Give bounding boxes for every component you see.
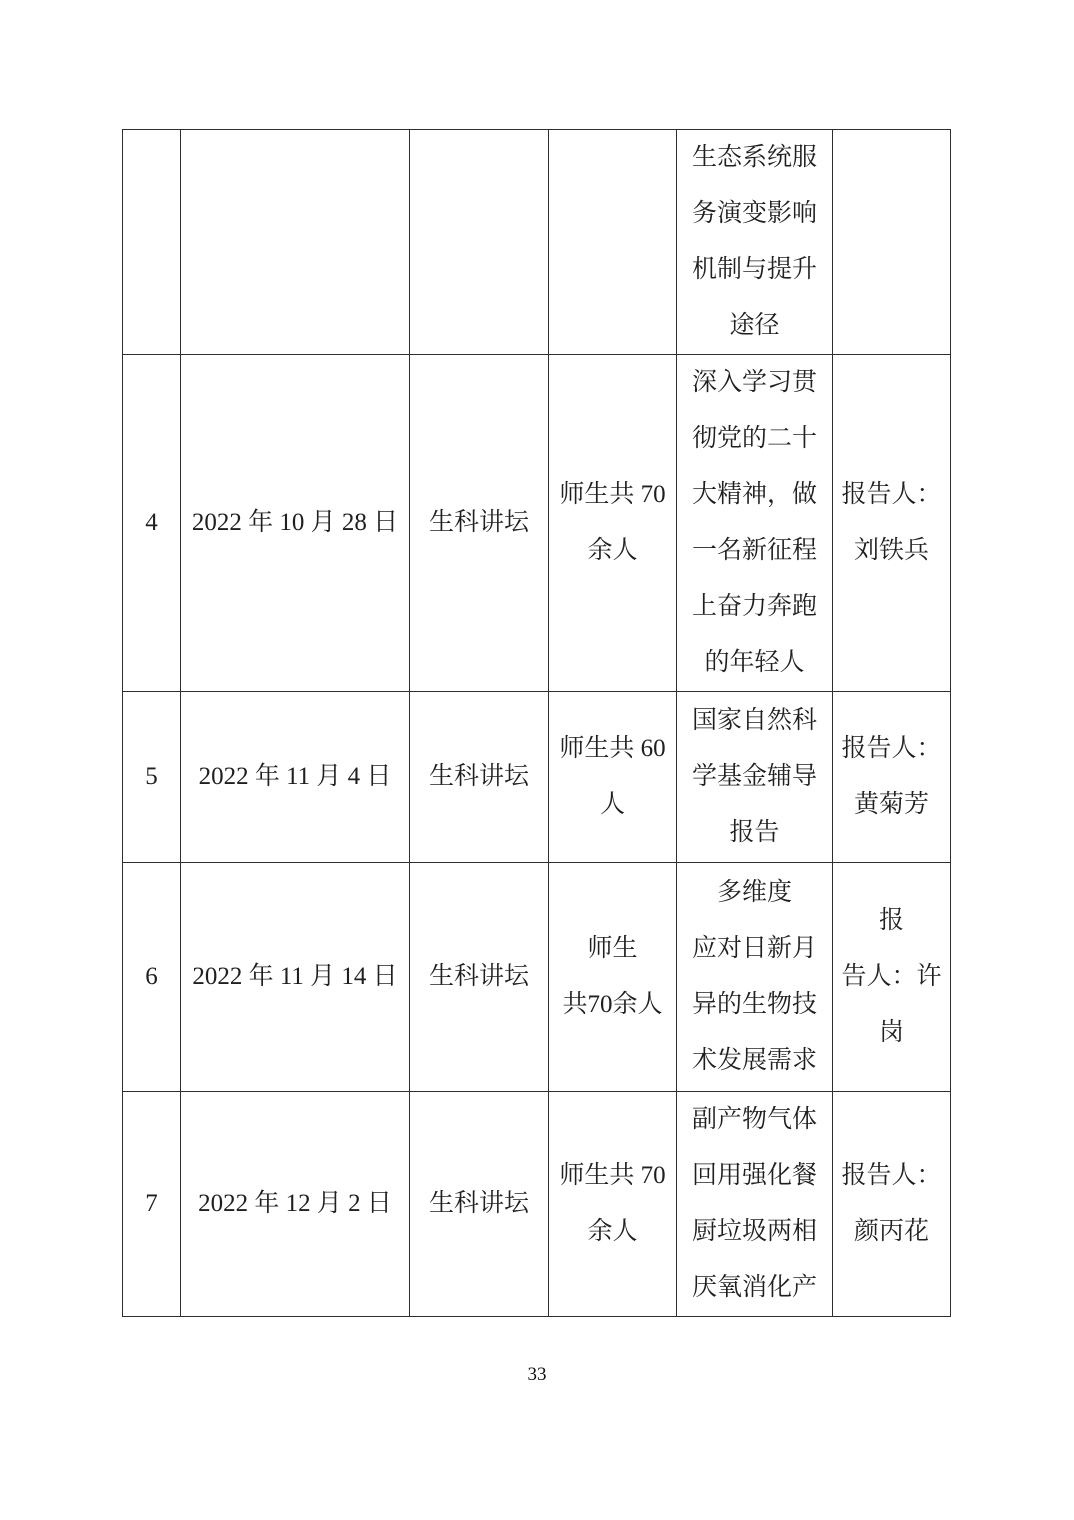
cell-attendance: 师生 共70余人 <box>549 863 677 1092</box>
cell-topic: 多维度 应对日新月 异的生物技 术发展需求 <box>677 863 833 1092</box>
cell-topic: 国家自然科 学基金辅导 报告 <box>677 692 833 863</box>
cell-attendance: 师生共 70 余人 <box>549 355 677 692</box>
cell-speaker <box>833 130 951 355</box>
events-table: 生态系统服 务演变影响 机制与提升 途径 4 2022 年 10 月 28 日 … <box>122 129 951 1317</box>
table-row-5: 5 2022 年 11 月 4 日 生科讲坛 师生共 60 人 国家自然科 学基… <box>123 692 951 863</box>
cell-topic: 深入学习贯 彻党的二十 大精神，做 一名新征程 上奋力奔跑 的年轻人 <box>677 355 833 692</box>
cell-speaker: 报告人： 颜丙花 <box>833 1092 951 1317</box>
cell-date: 2022 年 10 月 28 日 <box>181 355 410 692</box>
cell-event: 生科讲坛 <box>410 1092 549 1317</box>
cell-date <box>181 130 410 355</box>
cell-date: 2022 年 11 月 4 日 <box>181 692 410 863</box>
cell-event <box>410 130 549 355</box>
cell-speaker: 报 告人：许 岗 <box>833 863 951 1092</box>
document-page: 生态系统服 务演变影响 机制与提升 途径 4 2022 年 10 月 28 日 … <box>0 0 1074 1520</box>
cell-number: 7 <box>123 1092 181 1317</box>
page-number: 33 <box>0 1362 1074 1388</box>
cell-speaker: 报告人： 刘铁兵 <box>833 355 951 692</box>
cell-speaker: 报告人： 黄菊芳 <box>833 692 951 863</box>
cell-event: 生科讲坛 <box>410 863 549 1092</box>
cell-attendance: 师生共 60 人 <box>549 692 677 863</box>
cell-topic: 副产物气体 回用强化餐 厨垃圾两相 厌氧消化产 <box>677 1092 833 1317</box>
table-row-4: 4 2022 年 10 月 28 日 生科讲坛 师生共 70 余人 深入学习贯 … <box>123 355 951 692</box>
table-row-continued: 生态系统服 务演变影响 机制与提升 途径 <box>123 130 951 355</box>
cell-number <box>123 130 181 355</box>
cell-number: 6 <box>123 863 181 1092</box>
table-row-7: 7 2022 年 12 月 2 日 生科讲坛 师生共 70 余人 副产物气体 回… <box>123 1092 951 1317</box>
cell-attendance: 师生共 70 余人 <box>549 1092 677 1317</box>
cell-event: 生科讲坛 <box>410 692 549 863</box>
cell-topic: 生态系统服 务演变影响 机制与提升 途径 <box>677 130 833 355</box>
cell-number: 4 <box>123 355 181 692</box>
cell-event: 生科讲坛 <box>410 355 549 692</box>
cell-date: 2022 年 12 月 2 日 <box>181 1092 410 1317</box>
cell-number: 5 <box>123 692 181 863</box>
cell-date: 2022 年 11 月 14 日 <box>181 863 410 1092</box>
table-row-6: 6 2022 年 11 月 14 日 生科讲坛 师生 共70余人 多维度 应对日… <box>123 863 951 1092</box>
cell-attendance <box>549 130 677 355</box>
